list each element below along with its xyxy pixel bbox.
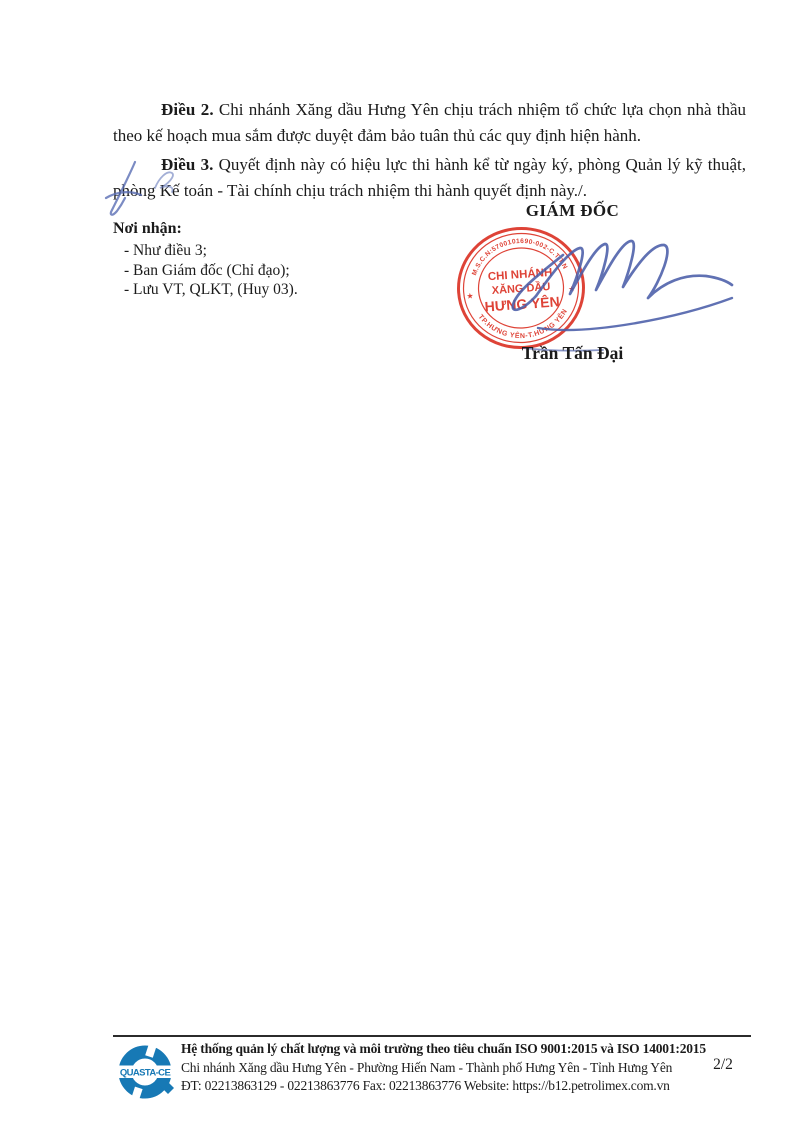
page-number: 2/2 (698, 1056, 748, 1074)
footer-contact-line: ĐT: 02213863129 - 02213863776 Fax: 02213… (181, 1077, 741, 1096)
signer-name: Trần Tấn Đại (430, 343, 715, 364)
recipient-item: - Lưu VT, QLKT, (Huy 03). (124, 280, 413, 300)
paragraph-dieu-2-lead: Điều 2. (161, 100, 214, 119)
recipient-item: - Ban Giám đốc (Chỉ đạo); (124, 261, 413, 281)
logo-text: QUASTA-CE (120, 1068, 171, 1079)
recipients-list: - Như điều 3; - Ban Giám đốc (Chỉ đạo); … (113, 241, 413, 300)
director-signature-ink (468, 230, 746, 360)
handwritten-paraph-ink (103, 158, 188, 223)
footer-info-block: Hệ thống quản lý chất lượng và môi trườn… (181, 1040, 741, 1096)
footer-divider (113, 1035, 751, 1037)
paragraph-dieu-2: Điều 2. Chi nhánh Xăng dầu Hưng Yên chịu… (113, 97, 746, 149)
document-page: Điều 2. Chi nhánh Xăng dầu Hưng Yên chịu… (0, 0, 794, 1123)
recipients-heading: Nơi nhận: (113, 220, 413, 238)
footer-address-line: Chi nhánh Xăng dầu Hưng Yên - Phường Hiế… (181, 1059, 741, 1078)
paragraph-dieu-3: Điều 3. Quyết định này có hiệu lực thi h… (113, 152, 746, 204)
recipients-block: Nơi nhận: - Như điều 3; - Ban Giám đốc (… (113, 220, 413, 300)
signer-title: GIÁM ĐỐC (430, 201, 715, 221)
footer-iso-line: Hệ thống quản lý chất lượng và môi trườn… (181, 1040, 741, 1059)
recipient-item: - Như điều 3; (124, 241, 413, 261)
quasta-ce-logo-icon: QUASTA-CE (117, 1041, 177, 1105)
